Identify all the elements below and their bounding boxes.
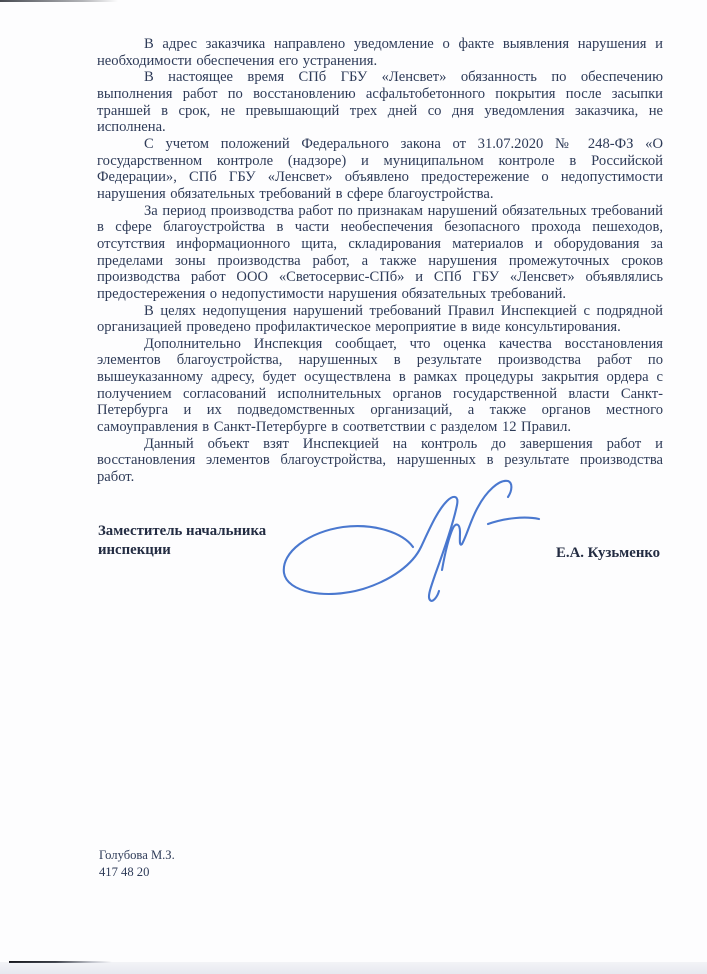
paragraph: В целях недопущения нарушений требований… xyxy=(97,303,663,336)
paragraph: С учетом положений Федерального закона о… xyxy=(97,136,663,203)
paragraph: Дополнительно Инспекция сообщает, что оц… xyxy=(97,336,663,436)
handwritten-signature-icon xyxy=(275,477,541,607)
paragraph: В настоящее время СПб ГБУ «Ленсвет» обяз… xyxy=(97,69,663,136)
executor-info: Голубова М.З. 417 48 20 xyxy=(99,847,175,880)
signer-position-title: Заместитель начальника инспекции xyxy=(98,522,284,559)
document-page: В адрес заказчика направлено уведомление… xyxy=(0,0,707,974)
letter-body: В адрес заказчика направлено уведомление… xyxy=(97,36,663,486)
scan-edge-artifact-bottom-band xyxy=(0,962,707,974)
scan-edge-artifact-top xyxy=(0,0,118,2)
executor-name: Голубова М.З. xyxy=(99,847,175,864)
paragraph: За период производства работ по признака… xyxy=(97,203,663,303)
executor-phone: 417 48 20 xyxy=(99,864,175,881)
signer-name: Е.А. Кузьменко xyxy=(556,545,660,562)
paragraph: В адрес заказчика направлено уведомление… xyxy=(97,36,663,69)
